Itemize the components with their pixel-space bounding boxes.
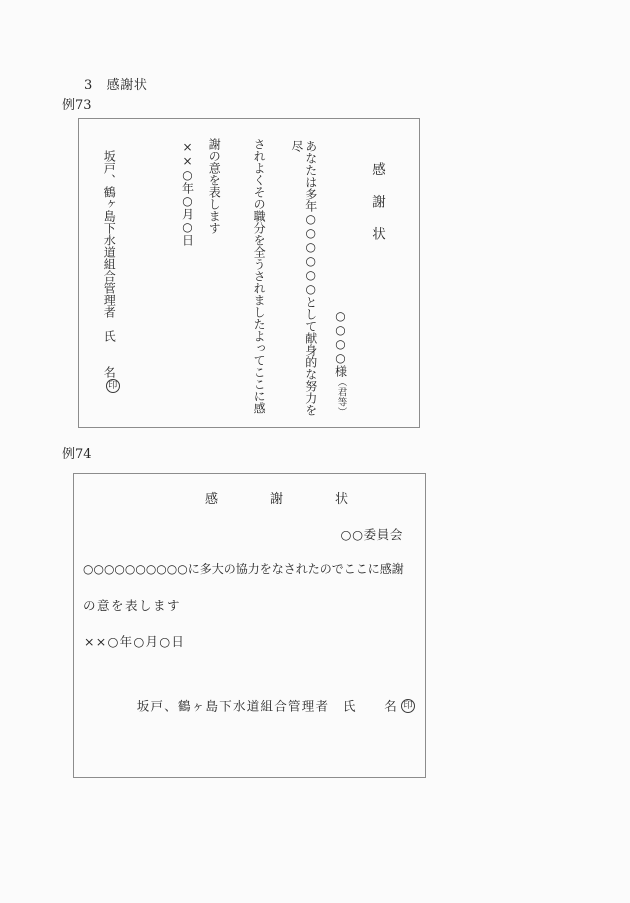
signature-text: 坂戸、鶴ヶ島下水道組合管理者 氏 名 xyxy=(102,150,116,378)
certificate-74-box: 感謝状 ○○委員会 ○○○○○○○○○○に多大の協力をなされたのでここに感謝 の… xyxy=(73,473,426,778)
seal-icon: 印 xyxy=(401,699,415,713)
signature-text: 坂戸、鶴ヶ島下水道組合管理者 氏 名 xyxy=(137,698,398,713)
recipient-name: ○○○○様 xyxy=(333,309,347,377)
certificate2-body-line1: ○○○○○○○○○○に多大の協力をなされたのでここに感謝 xyxy=(74,563,425,576)
certificate1-body-line2: されよくその職分を全うされましたよってここに感 xyxy=(251,119,265,427)
recipient-note: （君等） xyxy=(335,377,346,417)
certificate2-signature-line: 坂戸、鶴ヶ島下水道組合管理者 氏 名印 xyxy=(74,699,425,715)
certificate1-date: ××○年○月○日 xyxy=(180,119,194,427)
certificate1-body-line3: 謝の意を表します xyxy=(207,119,221,427)
certificate1-body-line1: あなたは多年○○○○○○として献身的な努力を尽 xyxy=(289,119,317,427)
certificate1-title: 感謝状 xyxy=(368,119,384,427)
certificate2-body-line2: の意を表します xyxy=(74,599,425,613)
seal-icon: 印 xyxy=(106,379,120,393)
example-74-label: 例74 xyxy=(62,447,92,463)
example-73-label: 例73 xyxy=(62,98,92,114)
certificate-73-box: 感謝状 ○○○○様（君等） あなたは多年○○○○○○として献身的な努力を尽 され… xyxy=(78,118,420,428)
certificate1-recipient-line: ○○○○様（君等） xyxy=(333,119,347,427)
certificate2-date: ××○年○月○日 xyxy=(74,635,425,649)
certificate1-signature-line: 坂戸、鶴ヶ島下水道組合管理者 氏 名印 xyxy=(101,119,119,427)
document-page: 3 感謝状 例73 感謝状 ○○○○様（君等） あなたは多年○○○○○○として献… xyxy=(0,0,630,903)
section-heading: 3 感謝状 xyxy=(84,78,148,94)
certificate2-title: 感謝状 xyxy=(74,493,425,507)
certificate2-issuer: ○○委員会 xyxy=(74,528,425,542)
